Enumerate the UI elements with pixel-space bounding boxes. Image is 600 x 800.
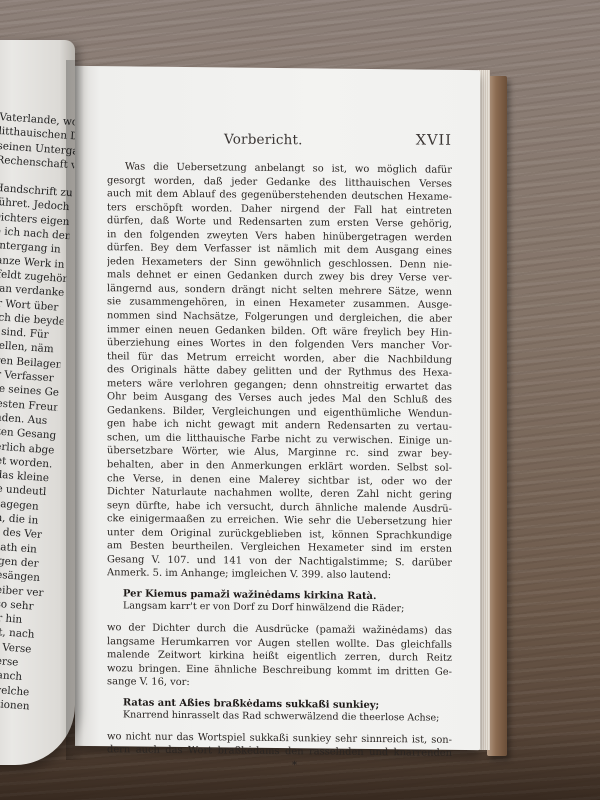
preface-paragraph: Was die Uebersetzung anbelangt so ist, w…	[107, 160, 452, 584]
running-head: Vorbericht. XVII	[107, 128, 452, 154]
left-page: Vaterlande, wo litthauischen Dich seinen…	[0, 40, 75, 765]
verse-quote-2: Ratas ant Aßies braßkėdams sukkaßi sunki…	[107, 697, 452, 726]
left-page-text: Vaterlande, wo litthauischen Dich seinen…	[0, 110, 75, 714]
verse-german: Langsam karr't er von Dorf zu Dorf hinwä…	[123, 601, 452, 617]
running-title: Vorbericht.	[224, 131, 303, 148]
commentary-paragraph: wo der Dichter durch die Ausdrücke (pama…	[107, 621, 452, 692]
book-spine-shadow	[66, 60, 84, 760]
book-cover-edge	[487, 76, 507, 756]
verse-quote-1: Per Kiemus pamaži wažinėdams kirkina Rat…	[107, 588, 452, 617]
page-content: Vorbericht. XVII Was die Uebersetzung an…	[107, 128, 452, 772]
page-number: XVII	[416, 132, 452, 148]
verse-german: Knarrend hinrasselt das Rad schwerwälzen…	[123, 710, 452, 726]
closing-paragraph: wo nicht nur das Wortspiel sukkaßi sunki…	[107, 730, 452, 761]
right-page: Vorbericht. XVII Was die Uebersetzung an…	[75, 66, 480, 750]
